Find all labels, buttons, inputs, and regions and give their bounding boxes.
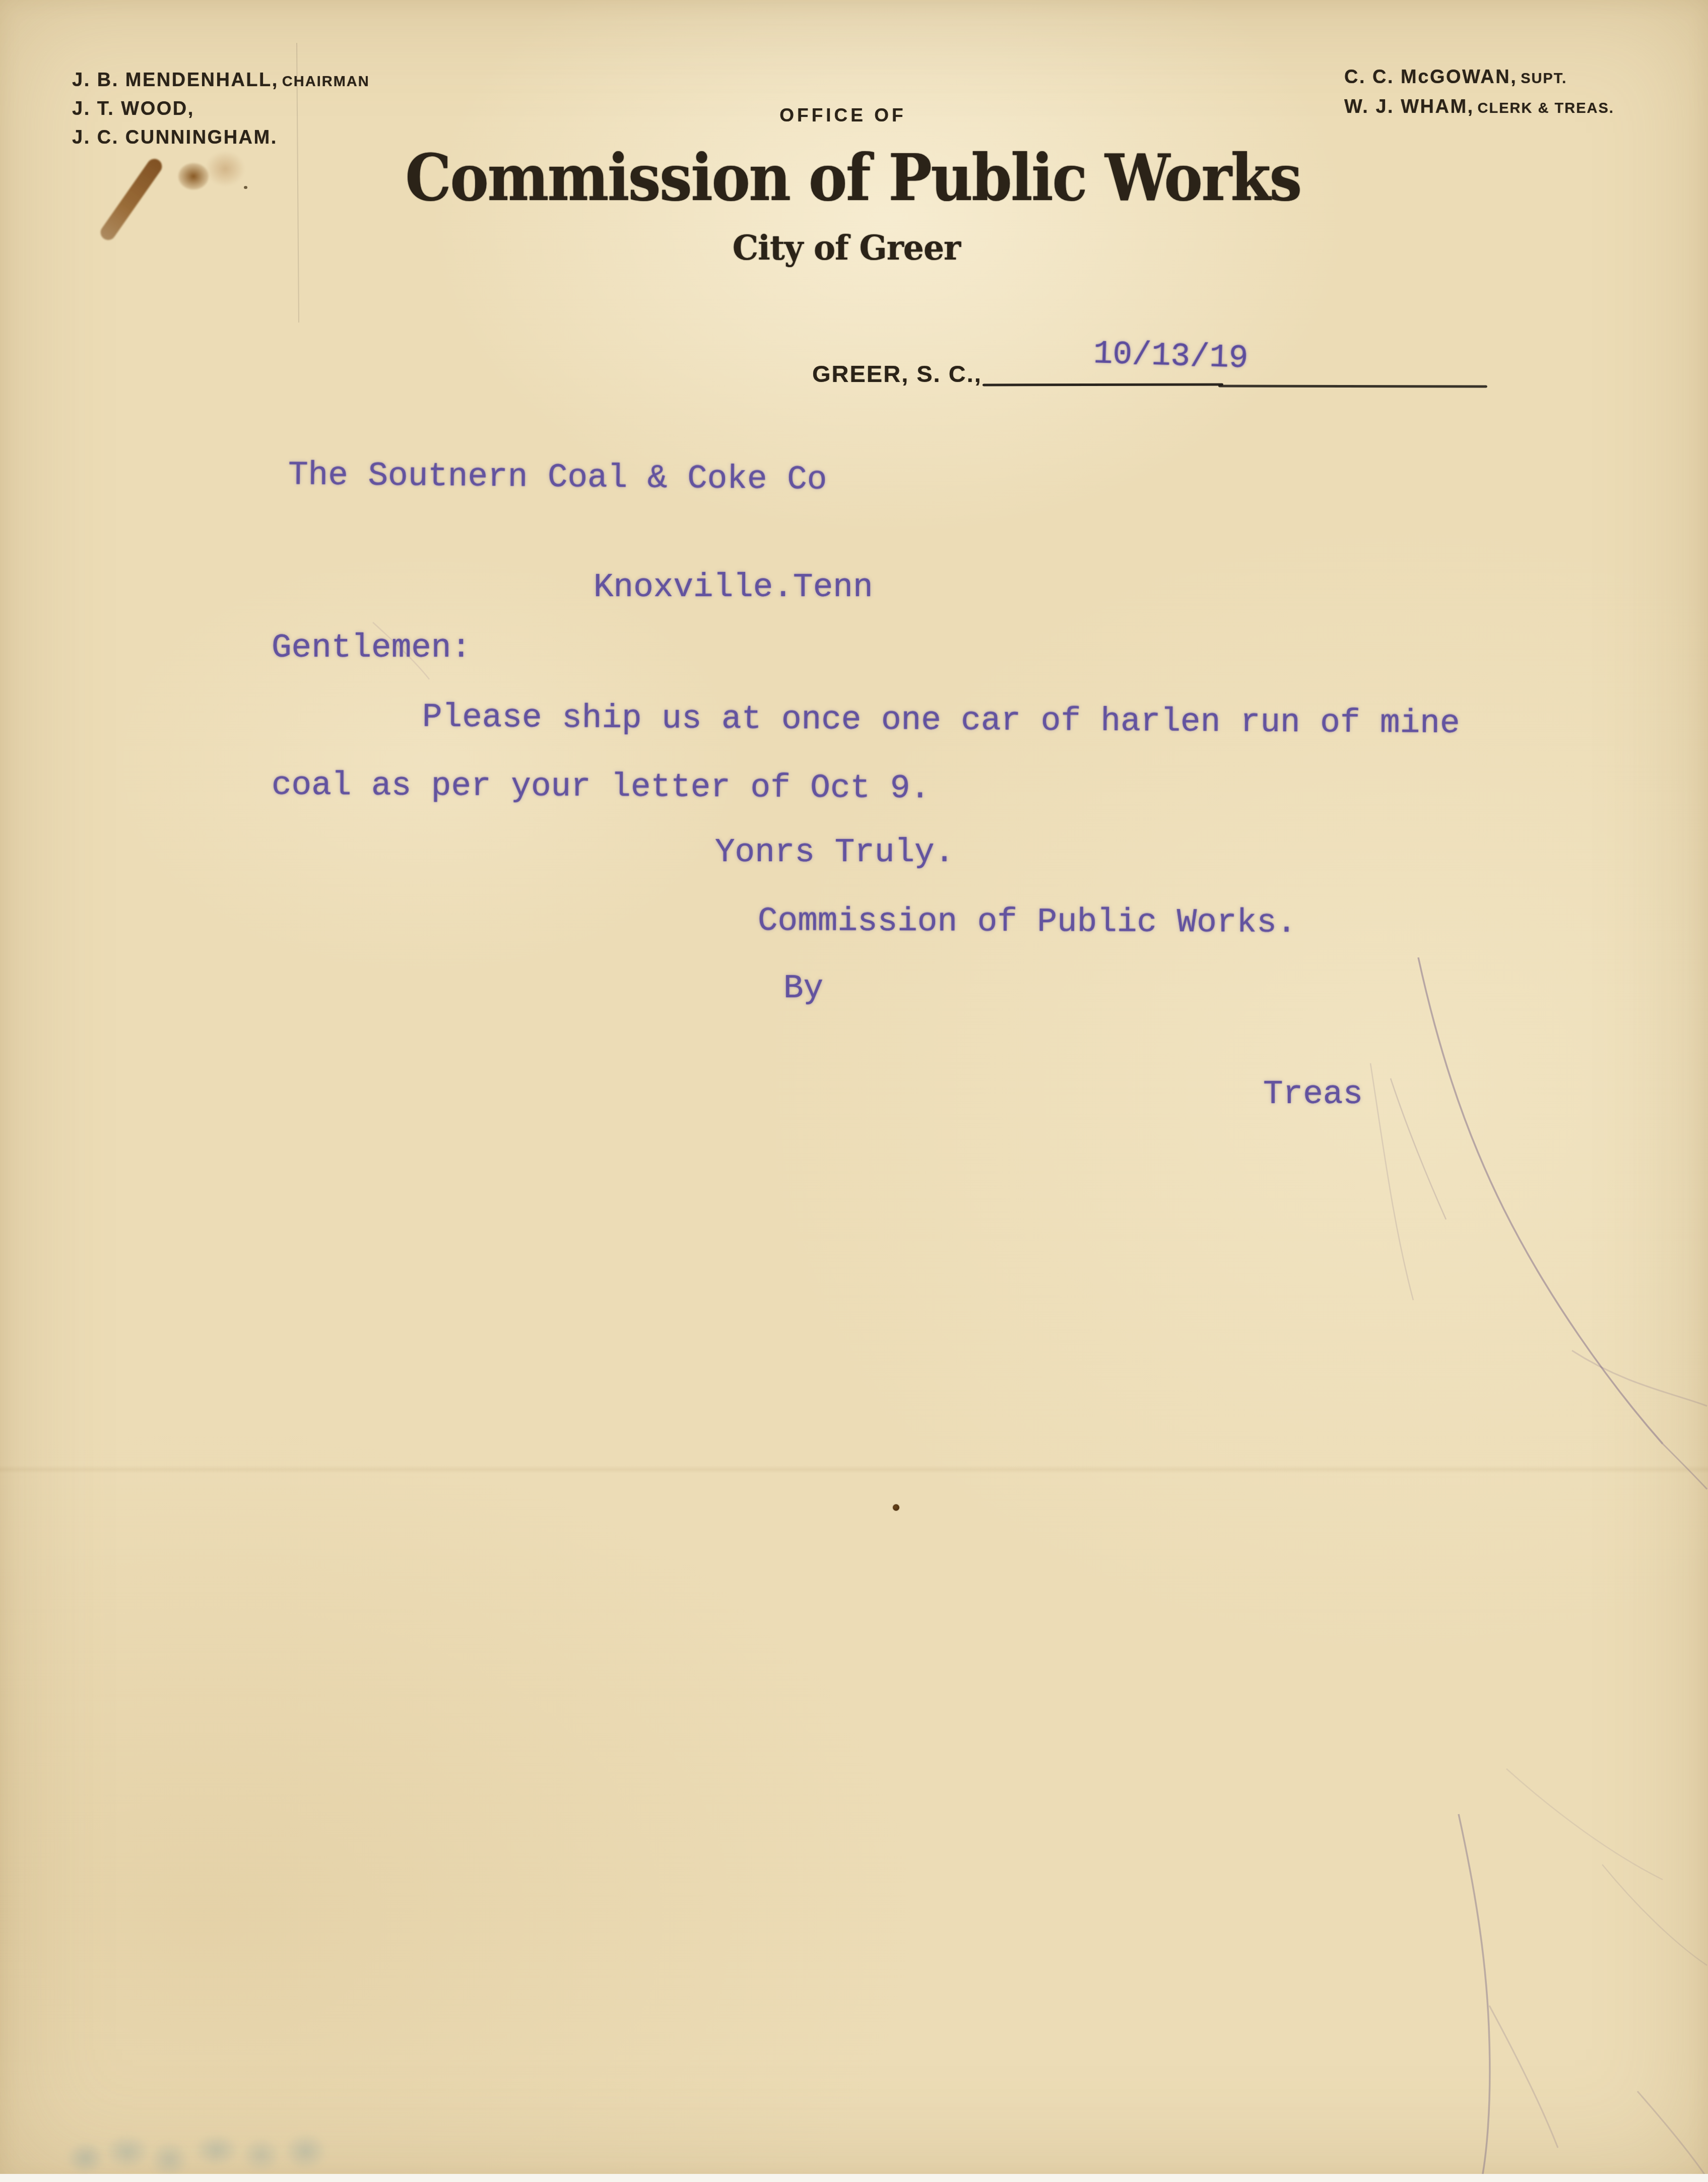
stain-blob: [177, 162, 210, 190]
officials-left: J. B. MENDENHALL, CHAIRMAN J. T. WOOD, J…: [72, 70, 370, 149]
by-line: By: [783, 970, 823, 1007]
official-name: W. J. WHAM,: [1344, 96, 1474, 117]
letter-scan-page: J. B. MENDENHALL, CHAIRMAN J. T. WOOD, J…: [0, 0, 1708, 2182]
body-line-2: coal as per your letter of Oct 9.: [272, 766, 930, 808]
official-name: J. C. CUNNINGHAM.: [72, 127, 278, 148]
signer-title-line: Treas: [1263, 1075, 1363, 1113]
bleedthrough-mark: [64, 2123, 327, 2182]
official-line: W. J. WHAM, CLERK & TREAS.: [1344, 96, 1614, 118]
paper-speck: [893, 1504, 899, 1511]
official-name: J. B. MENDENHALL,: [72, 70, 279, 91]
place-label: GREER, S. C.,: [812, 360, 982, 388]
scan-edge: [0, 2174, 1708, 2182]
official-name: J. T. WOOD,: [72, 98, 194, 119]
official-title: CHAIRMAN: [282, 74, 370, 90]
official-title: SUPT.: [1521, 71, 1567, 87]
typed-date: 10/13/19: [1093, 336, 1249, 377]
organization-title: Commission of Public Works: [405, 140, 1300, 216]
officials-right: C. C. McGOWAN, SUPT. W. J. WHAM, CLERK &…: [1344, 67, 1614, 118]
official-title: CLERK & TREAS.: [1478, 100, 1614, 116]
closing-line: Yonrs Truly.: [715, 833, 954, 871]
official-line: J. B. MENDENHALL, CHAIRMAN: [72, 70, 370, 91]
date-rule-line: [1218, 385, 1487, 388]
official-line: J. T. WOOD,: [72, 98, 370, 120]
crease-marks: [0, 0, 1708, 2182]
stain-halo: [206, 151, 245, 186]
recipient-city-line: Knoxville.Tenn: [594, 568, 873, 606]
salutation-line: Gentlemen:: [272, 629, 471, 667]
official-line: C. C. McGOWAN, SUPT.: [1344, 67, 1614, 88]
date-rule-line: [982, 383, 1223, 386]
paper-speck: [244, 186, 247, 189]
city-subtitle: City of Greer: [733, 228, 960, 268]
stain-streak: [98, 156, 165, 243]
body-line-1: Please ship us at once one car of harlen…: [422, 698, 1460, 743]
signature-org-line: Commission of Public Works.: [758, 902, 1297, 942]
official-line: J. C. CUNNINGHAM.: [72, 127, 370, 149]
fold-line: [0, 1465, 1708, 1473]
recipient-line: The Soutnern Coal & Coke Co: [288, 456, 827, 498]
official-name: C. C. McGOWAN,: [1344, 67, 1517, 88]
office-of-label: OFFICE OF: [779, 105, 906, 126]
